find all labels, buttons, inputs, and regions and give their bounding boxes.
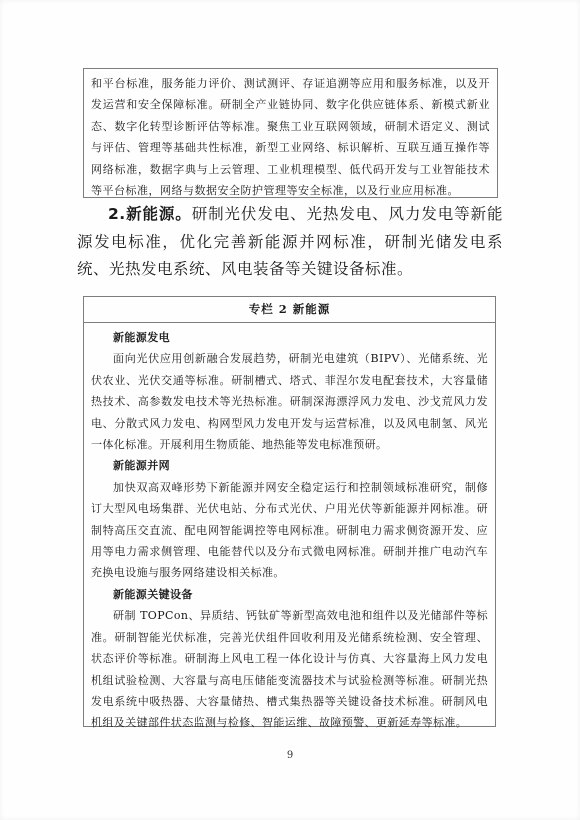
section-grid-connection: 新能源并网 加快双高双峰形势下新能源并网安全稳定运行和控制领域标准研究，制修订大… bbox=[91, 455, 488, 583]
section-body-text: 加快双高双峰形势下新能源并网安全稳定运行和控制领域标准研究，制修订大型风电场集群… bbox=[91, 477, 488, 584]
body-paragraph: 2.新能源。研制光伏发电、光热发电、风力发电等新能源发电标准，优化完善新能源并网… bbox=[77, 201, 503, 284]
continuation-text: 和平台标准，服务能力评价、测试测评、存证追溯等应用和服务标准，以及开发运营和安全… bbox=[91, 77, 490, 197]
section-body-text: 研制 TOPCon、异质结、钙钛矿等新型高效电池和组件以及光储部件等标准。研制智… bbox=[91, 605, 488, 733]
section-body-text: 面向光伏应用创新融合发展趋势，研制光电建筑（BIPV）、光储系统、光伏农业、光伏… bbox=[91, 348, 488, 455]
continuation-text-box: 和平台标准，服务能力评价、测试测评、存证追溯等应用和服务标准，以及开发运营和安全… bbox=[83, 68, 498, 198]
section-heading: 新能源并网 bbox=[91, 455, 488, 476]
page-number: 9 bbox=[0, 750, 580, 761]
column-box-title: 专栏 2 新能源 bbox=[84, 297, 495, 323]
document-page: 和平台标准，服务能力评价、测试测评、存证追溯等应用和服务标准，以及开发运营和安全… bbox=[0, 0, 580, 820]
section-heading: 新能源关键设备 bbox=[91, 584, 488, 605]
section-key-equipment: 新能源关键设备 研制 TOPCon、异质结、钙钛矿等新型高效电池和组件以及光储部… bbox=[91, 584, 488, 734]
column-box-body: 新能源发电 面向光伏应用创新融合发展趋势，研制光电建筑（BIPV）、光储系统、光… bbox=[84, 323, 495, 738]
section-new-energy-generation: 新能源发电 面向光伏应用创新融合发展趋势，研制光电建筑（BIPV）、光储系统、光… bbox=[91, 327, 488, 455]
section-heading: 新能源发电 bbox=[91, 327, 488, 348]
column-2-box: 专栏 2 新能源 新能源发电 面向光伏应用创新融合发展趋势，研制光电建筑（BIP… bbox=[83, 296, 496, 727]
paragraph-lead-bold: 2.新能源。 bbox=[108, 205, 192, 223]
